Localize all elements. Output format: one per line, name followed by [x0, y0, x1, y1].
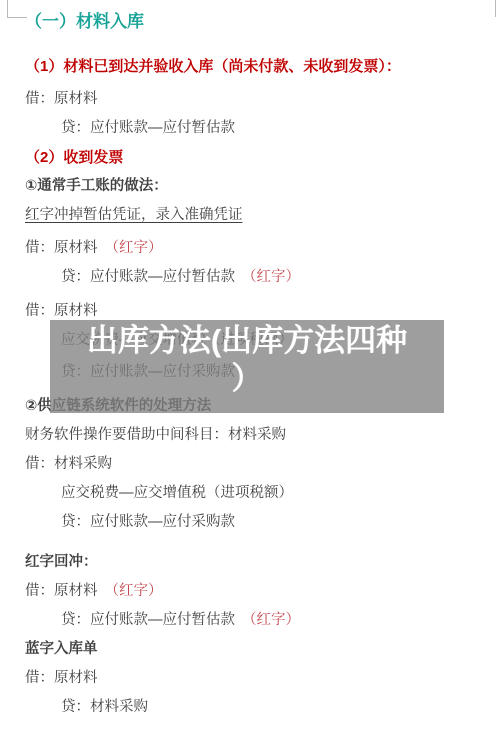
- entry-line-credit: 贷：应付账款—应付暂估款（红字）: [61, 612, 490, 628]
- subsection-heading-2: （2）收到发票: [25, 149, 490, 166]
- entry-line-debit: 借：原材料: [25, 670, 490, 686]
- subsection-heading-text: （2）收到发票: [25, 149, 123, 166]
- entry-line-debit: 借：原材料: [25, 91, 490, 107]
- watermark-title-line1: 出库方法(出库方法四种: [87, 322, 407, 360]
- entry-line-debit: 借：原材料（红字）: [25, 240, 490, 256]
- heading-blue-inbound-slip: 蓝字入库单: [25, 641, 490, 657]
- red-annotation: （红字）: [105, 583, 163, 599]
- section-heading-material-inbound: （一）材料入库: [25, 12, 490, 32]
- entry-line-tax: 应交税费—应交增值税（进项税额）: [61, 485, 490, 501]
- entry-line-credit: 贷：材料采购: [61, 699, 490, 715]
- document-page: （一）材料入库 （1）材料已到达并验收入库（尚未付款、未收到发票）： 借：原材料…: [0, 0, 500, 735]
- entry-line-debit: 借：材料采购: [25, 456, 490, 472]
- subsection-heading-text: （1）材料已到达并验收入库（尚未付款、未收到发票）：: [25, 58, 401, 75]
- note-underlined: 红字冲掉暂估凭证，录入准确凭证: [25, 207, 490, 223]
- red-annotation: （红字）: [242, 269, 300, 285]
- entry-line-credit: 贷：应付账款—应付暂估款（红字）: [61, 269, 490, 285]
- heading-red-reversal: 红字回冲：: [25, 554, 490, 570]
- red-annotation: （红字）: [242, 612, 300, 628]
- note-intermediate-account: 财务软件操作要借助中间科目：材料采购: [25, 427, 490, 443]
- section-heading-text: （一）材料入库: [25, 12, 144, 31]
- entry-line-credit: 贷：应付账款—应付暂估款: [61, 120, 490, 136]
- watermark-title-line2: ）: [232, 360, 263, 398]
- subsection-heading-1: （1）材料已到达并验收入库（尚未付款、未收到发票）：: [25, 58, 490, 75]
- method-heading-manual: ①通常手工账的做法：: [25, 178, 490, 194]
- red-annotation: （红字）: [105, 240, 163, 256]
- entry-line-debit: 借：原材料: [25, 303, 490, 319]
- watermark-overlay: 出库方法(出库方法四种 ）: [50, 320, 444, 413]
- entry-line-credit: 贷：应付账款—应付采购款: [61, 514, 490, 530]
- entry-line-debit: 借：原材料（红字）: [25, 583, 490, 599]
